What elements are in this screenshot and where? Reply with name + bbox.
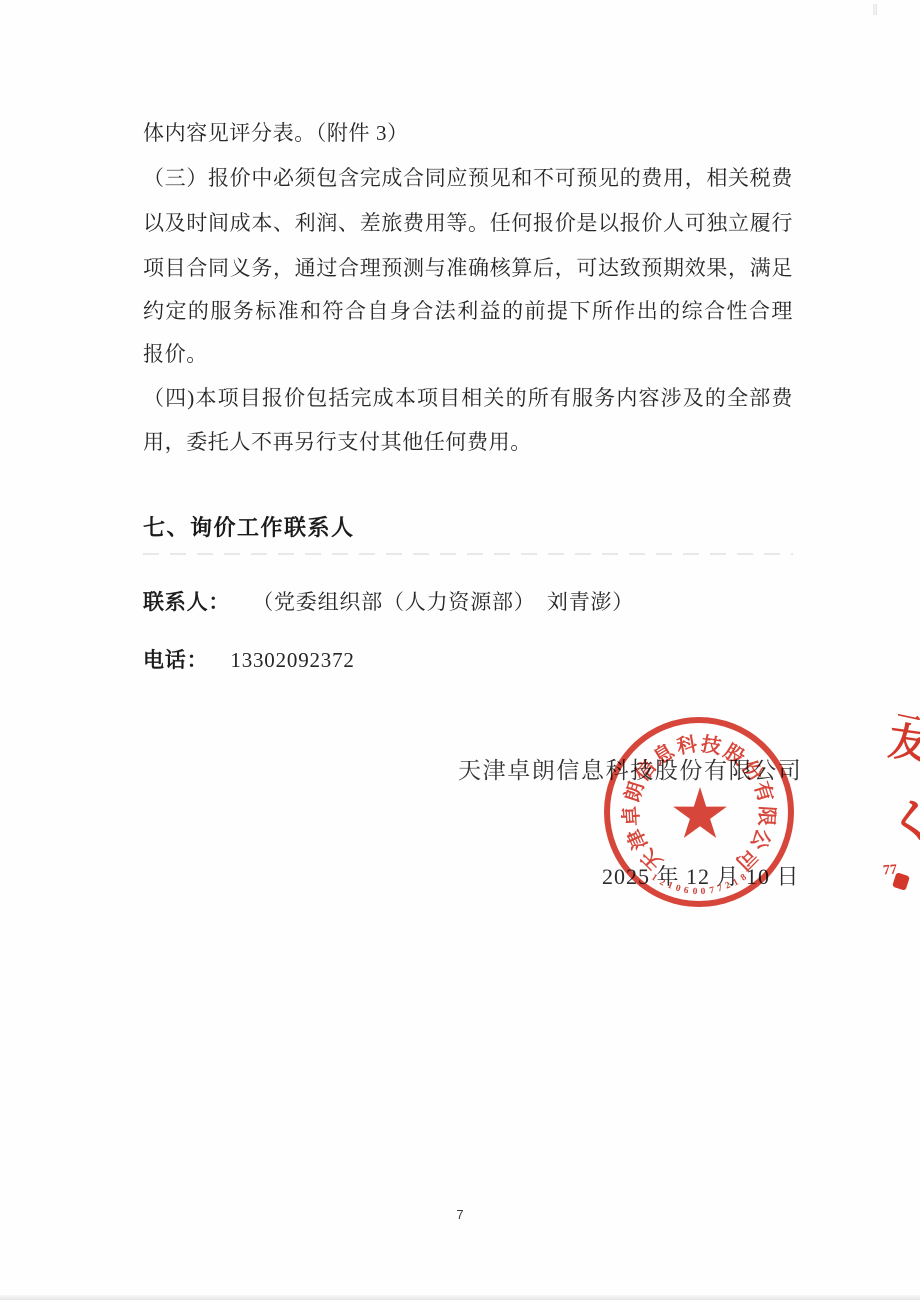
edge-stamp-ink-blob — [892, 872, 910, 891]
document-page: 体内容见评分表。（附件 3） （三）报价中必须包含完成合同应预见和不可预见的费用… — [0, 0, 920, 1300]
paragraph-line: 项目合同义务，通过合理预测与准确核算后，可达致预期效果，满足 — [143, 253, 793, 283]
contact-phone-line: 电话：13302092372 — [143, 644, 355, 674]
scan-bottom-edge — [0, 1295, 920, 1300]
section-heading: 七、询价工作联系人 — [143, 511, 355, 542]
paragraph-line: （四)本项目报价包括完成本项目相关的所有服务内容涉及的全部费 — [143, 383, 793, 413]
paragraph-line: （三）报价中必须包含完成合同应预见和不可预见的费用，相关税费 — [143, 163, 793, 193]
contact-value: （党委组织部（人力资源部） 刘青澎） — [252, 590, 634, 614]
scan-underline-artifact — [143, 553, 793, 555]
paragraph-line: 用，委托人不再另行支付其他任何费用。 — [143, 427, 793, 457]
page-number: 7 — [430, 1207, 490, 1222]
contact-label: 联系人： — [143, 590, 230, 614]
paragraph-line: 报价。 — [143, 339, 793, 369]
phone-label: 电话： — [143, 648, 208, 672]
scan-corner-mark: ‖ — [872, 2, 878, 19]
edge-stamp-fragment: く — [885, 783, 920, 855]
paragraph-line: 以及时间成本、利润、差旅费用等。任何报价是以报价人可独立履行 — [143, 208, 793, 238]
edge-stamp-fragment: 友 — [885, 709, 920, 771]
paragraph-line: 约定的服务标准和符合自身合法利益的前提下所作出的综合性合理 — [143, 296, 793, 326]
company-stamp: 天津卓朗信息科技股份有限公司 121060077218 — [604, 717, 794, 907]
paragraph-line: 体内容见评分表。（附件 3） — [143, 118, 793, 148]
phone-number: 13302092372 — [230, 648, 354, 672]
contact-person-line: 联系人：（党委组织部（人力资源部） 刘青澎） — [143, 586, 634, 616]
